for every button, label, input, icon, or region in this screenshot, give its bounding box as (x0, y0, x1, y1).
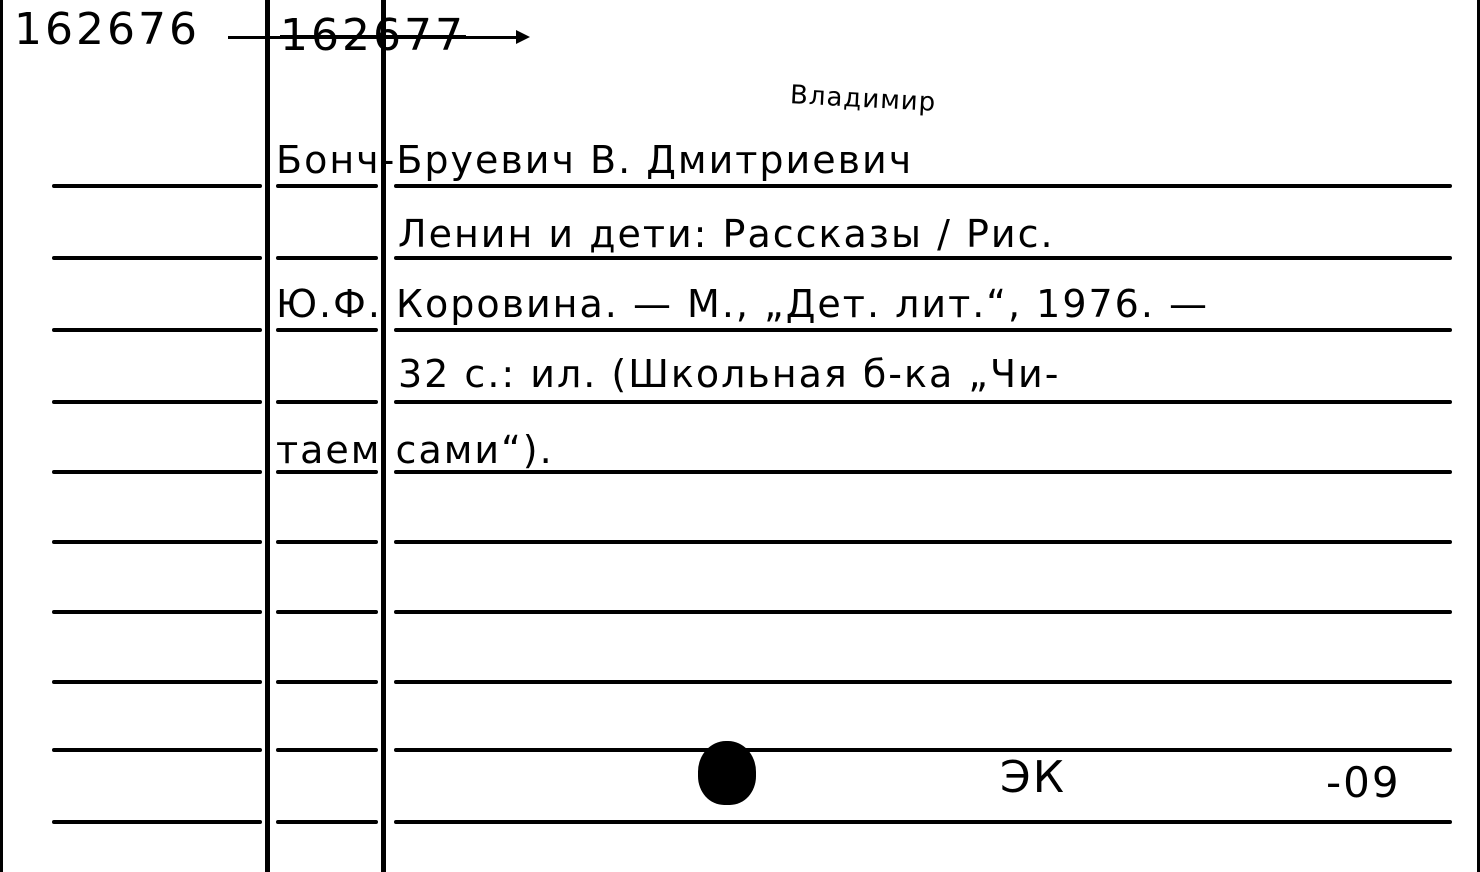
ruled-line (52, 610, 262, 614)
ruled-line (276, 680, 378, 684)
ruled-line (394, 610, 1452, 614)
ruled-line (52, 184, 262, 188)
entry-line-title: Ленин и дети: Рассказы / Рис. (398, 212, 1055, 256)
card-left-edge (0, 0, 3, 872)
ruled-line (394, 328, 1452, 332)
ruled-line (276, 256, 378, 260)
ruled-line (52, 540, 262, 544)
ruled-line (52, 470, 262, 474)
ruled-line (276, 748, 378, 752)
ruled-line (394, 680, 1452, 684)
call-number: 162676 (14, 4, 200, 55)
catalog-card: 162676 162677 Владимир Бонч-Бруевич В. Д… (0, 0, 1480, 872)
ruled-line (394, 256, 1452, 260)
catalog-mark: ЭК (1000, 752, 1066, 803)
ruled-line (276, 610, 378, 614)
ruled-line (394, 540, 1452, 544)
ruled-line (394, 748, 1452, 752)
ruled-line (52, 820, 262, 824)
ruled-line (276, 328, 378, 332)
ruled-line (394, 400, 1452, 404)
punch-hole (698, 741, 756, 805)
ruled-line (276, 184, 378, 188)
ruled-line (394, 820, 1452, 824)
margin-line-1 (265, 0, 270, 872)
ruled-line (52, 400, 262, 404)
entry-line-series: таем сами“). (276, 428, 554, 472)
entry-line-author: Бонч-Бруевич В. Дмитриевич (276, 138, 913, 182)
entry-line-imprint: Ю.Ф. Коровина. — М., „Дет. лит.“, 1976. … (276, 282, 1209, 326)
entry-line-collation: 32 с.: ил. (Школьная б-ка „Чи- (398, 352, 1060, 396)
ruled-line (394, 184, 1452, 188)
marginal-note: Владимир (789, 80, 937, 118)
ruled-line (276, 820, 378, 824)
ruled-line (52, 748, 262, 752)
crossed-call-number: 162677 (280, 10, 466, 61)
catalog-code: -09 (1326, 758, 1401, 807)
ruled-line (276, 400, 378, 404)
ruled-line (276, 540, 378, 544)
ruled-line (52, 680, 262, 684)
ruled-line (52, 256, 262, 260)
ruled-line (52, 328, 262, 332)
